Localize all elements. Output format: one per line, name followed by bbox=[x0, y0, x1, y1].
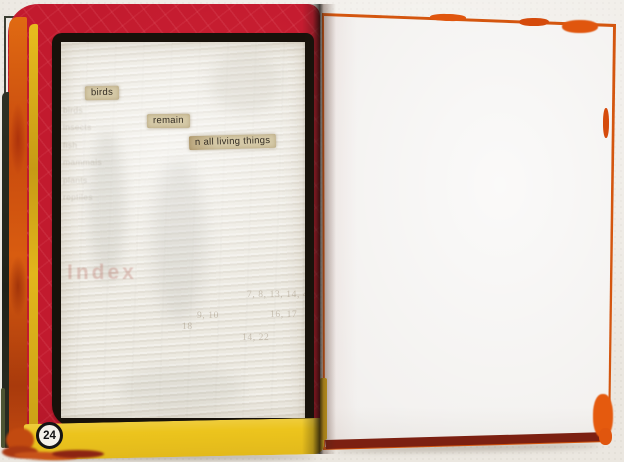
page-edge-yellow-strip bbox=[29, 24, 38, 440]
left-page: birds insects fish mammals plants reptil… bbox=[0, 0, 326, 462]
orange-paint-blob bbox=[603, 108, 609, 138]
ghost-index-entry: plants bbox=[63, 175, 87, 185]
gutter-shadow bbox=[302, 4, 336, 454]
ghost-page-refs: 9, 10 bbox=[197, 311, 219, 321]
poem-word-birds: birds bbox=[85, 86, 119, 101]
orange-paint-blob bbox=[562, 20, 598, 33]
ghost-page-refs: 16, 17 bbox=[270, 310, 297, 320]
ghost-index-entry: mammals bbox=[63, 157, 102, 167]
painted-over-page: birds insects fish mammals plants reptil… bbox=[61, 42, 305, 418]
ghost-index-entry: reptiles bbox=[63, 192, 93, 202]
ghost-index-entry: insects bbox=[63, 122, 92, 132]
poem-word-remain: remain bbox=[147, 114, 190, 129]
ghost-index-entry: fish bbox=[63, 140, 77, 150]
ghost-index-entry: birds bbox=[63, 105, 83, 115]
page-edge-orange-strip bbox=[9, 17, 27, 451]
ghost-page-refs: 7, 8, 13, 14, 4 bbox=[247, 290, 305, 300]
page-edge-green-sliver bbox=[1, 388, 5, 448]
paint-smudge bbox=[119, 368, 243, 410]
paint-smudge bbox=[89, 132, 125, 282]
ghost-index-heading: Index bbox=[67, 261, 137, 285]
red-paint-smear bbox=[52, 450, 104, 458]
blank-page-surface bbox=[314, 0, 624, 462]
right-page bbox=[314, 0, 624, 462]
page-number-badge: 24 bbox=[36, 422, 63, 449]
ghost-page-refs: 18 bbox=[182, 322, 193, 332]
black-frame: birds insects fish mammals plants reptil… bbox=[52, 33, 314, 427]
altered-book-photo: birds insects fish mammals plants reptil… bbox=[0, 0, 624, 462]
paint-smudge bbox=[153, 160, 205, 322]
paint-smudge bbox=[211, 52, 281, 112]
ghost-page-refs: 14, 22 bbox=[242, 333, 269, 343]
poem-word-all-living-things: n all living things bbox=[189, 134, 277, 151]
orange-paint-blob bbox=[599, 428, 612, 445]
orange-paint-blob bbox=[519, 18, 549, 26]
